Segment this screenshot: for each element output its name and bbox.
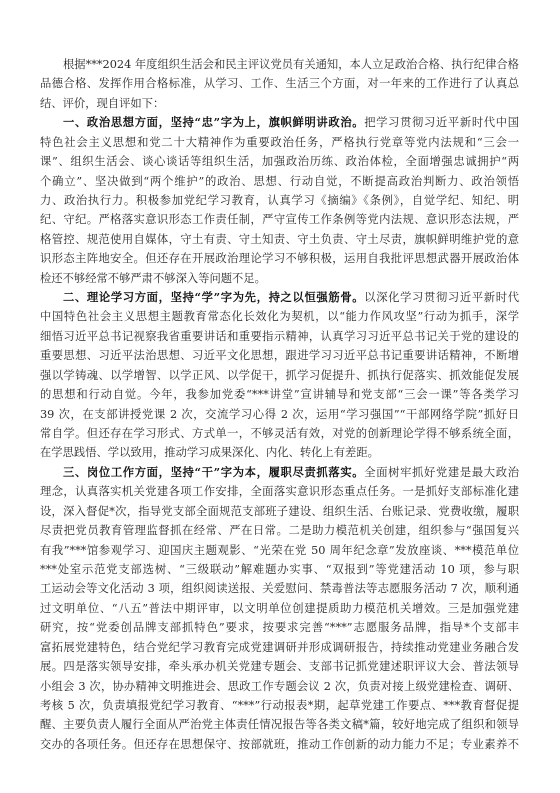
text-line: 细悟习近平总书记视察我省重要讲话和重要指示精神，认真学习习近平总书记关于党的建设… <box>40 327 519 346</box>
paragraph-intro: 根据***2024 年度组织生活会和民主评议党员有关通知，本人立足政治合格、执行… <box>40 55 519 113</box>
text-line: 根据***2024 年度组织生活会和民主评议党员有关通知，本人立足政治合格、执行… <box>40 55 519 74</box>
text-line: 的思想和行动自觉。今年，我参加党委“***讲堂”宣讲辅导和党支部“三会一课”等各… <box>40 385 519 404</box>
text-line: 中国特色社会主义思想主题教育常态化长效化为契机，以“能力作风攻坚”行动为抓手，深… <box>40 307 519 326</box>
text-line: 展。四是落实领导安排，牵头承办机关党建专题会、支部书记抓党建述职评议大会、普法领… <box>40 657 519 676</box>
text-line: 理念，认真落实机关党建各项工作安排，全面落实意识形态重点任务。一是抓好支部标准化… <box>40 482 519 501</box>
text-line: 课”、组织生活会、谈心谈话等组织生活，加强政治历练、政治体检，全面增强忠诚拥护“… <box>40 152 519 171</box>
text-line: 尽责把党员教育管理监督抓在经常、严在日常。二是助力模范机关创建，组织参与“强国复… <box>40 521 519 540</box>
text-run: 全面树牢抓好党建是最大政治 <box>364 466 519 479</box>
text-line: 富拓展党建特色，结合党纪学习教育完成党建调研并形成调研报告，持续推动党建业务融合… <box>40 638 519 657</box>
text-line: 小组会 3 次，协办精神文明推进会、思政工作专题会议 2 次，负责对接上级党建检… <box>40 677 519 696</box>
text-line: 设，深入督促*次，指导党支部全面规范支部班子建设、组织生活、台账记录、党费收缴，… <box>40 502 519 521</box>
text-line: 结、评价，现自评如下： <box>40 94 519 113</box>
section-heading: 一、政治思想方面，坚持“忠”字为上，旗帜鲜明讲政治。 <box>63 115 364 129</box>
text-line: 品德合格、发挥作用合格标准，从学习、工作、生活三个方面，对一年来的工作进行了认真… <box>40 74 519 93</box>
text-line: ***处室示范党支部选树、“三级联动”解难题办实事、“双报到”等党建活动 10 … <box>40 560 519 579</box>
text-line: 常自学。但还存在学习形式、方式单一，不够灵活有效，对党的创新理论学得不够系统全面… <box>40 424 519 443</box>
text-line: 特色社会主义思想和党二十大精神作为重要政治任务，严格执行党章等党内法规和“三会一 <box>40 133 519 152</box>
text-line: 在学思践悟、学以致用，推动学习成果深化、内化、转化上有差距。 <box>40 443 519 462</box>
text-run: 把学习贯彻习近平新时代中国 <box>364 116 519 129</box>
text-line: 检还不够经常不够严肃不够深入等问题不足。 <box>40 269 519 288</box>
text-line: 过文明单位、“八五”普法中期评审，以文明单位创建提质助力模范机关增效。三是加强党… <box>40 599 519 618</box>
text-line: 考核 5 次，负责填报党纪学习教育、“***”行动报表*期，起草党建工作要点、*… <box>40 696 519 715</box>
section-heading-line: 三、岗位工作方面，坚持“干”字为本，履职尽责抓落实。全面树牢抓好党建是最大政治 <box>40 463 519 482</box>
text-line: 重要思想、习近平法治思想、习近平文化思想，跟进学习习近平总书记重要讲话精神，不断… <box>40 346 519 365</box>
text-line: 识形态主阵地安全。但还存在开展政治理论学习不够积极，运用自我批评思想武器开展政治… <box>40 249 519 268</box>
text-line: 个确立”、坚决做到“两个维护”的政治、思想、行动自觉，不断提高政治判断力、政治领… <box>40 172 519 191</box>
section-heading: 三、岗位工作方面，坚持“干”字为本，履职尽责抓落实。 <box>63 465 364 479</box>
text-line: 有我”***馆参观学习、迎国庆主题观影、“光荣在党 50 周年纪念章”发放座谈、… <box>40 541 519 560</box>
paragraph-section-2: 二、理论学习方面，坚持“学”字为先，持之以恒强筋骨。以深化学习贯彻习近平新时代 … <box>40 288 519 463</box>
text-run: 以深化学习贯彻习近平新时代 <box>364 291 519 304</box>
text-line: 强以学铸魂、以学增智、以学正风、以学促干，抓学习促提升、抓执行促落实、抓效能促发… <box>40 366 519 385</box>
paragraph-section-1: 一、政治思想方面，坚持“忠”字为上，旗帜鲜明讲政治。把学习贯彻习近平新时代中国 … <box>40 113 519 288</box>
text-line: 醒、主要负责人履行全面从严治党主体责任情况报告等各类文稿*篇，较好地完成了组织和… <box>40 715 519 734</box>
section-heading: 二、理论学习方面，坚持“学”字为先，持之以恒强筋骨。 <box>63 290 364 304</box>
section-heading-line: 二、理论学习方面，坚持“学”字为先，持之以恒强筋骨。以深化学习贯彻习近平新时代 <box>40 288 519 307</box>
document-page: 根据***2024 年度组织生活会和民主评议党员有关通知，本人立足政治合格、执行… <box>40 55 519 754</box>
text-line: 交办的各项任务。但还存在思想保守、按部就班，推动工作创新的动力能力不足；专业素养… <box>40 735 519 754</box>
section-heading-line: 一、政治思想方面，坚持“忠”字为上，旗帜鲜明讲政治。把学习贯彻习近平新时代中国 <box>40 113 519 132</box>
text-line: 工运动会等文化活动 3 项，组织阅读送报、关爱慰问、禁毒普法等志愿服务活动 7 … <box>40 579 519 598</box>
text-line: 力、政治执行力。积极参加党纪学习教育，认真学习《摘编》《条例》，自觉学纪、知纪、… <box>40 191 519 210</box>
text-line: 纪、守纪。严格落实意识形态工作责任制，严守宣传工作条例等党内法规、意识形态法规，… <box>40 210 519 229</box>
text-line: 39 次，在支部讲授党课 2 次，交流学习心得 2 次，运用“学习强国”“干部网… <box>40 405 519 424</box>
text-line: 研究，按“党委创品牌支部抓特色”要求，按要求完善“***”志愿服务品牌，指导*个… <box>40 618 519 637</box>
text-line: 格管控、规范使用自媒体，守土有责、守土知责、守土负责、守土尽责，旗帜鲜明维护党的… <box>40 230 519 249</box>
paragraph-section-3: 三、岗位工作方面，坚持“干”字为本，履职尽责抓落实。全面树牢抓好党建是最大政治 … <box>40 463 519 754</box>
